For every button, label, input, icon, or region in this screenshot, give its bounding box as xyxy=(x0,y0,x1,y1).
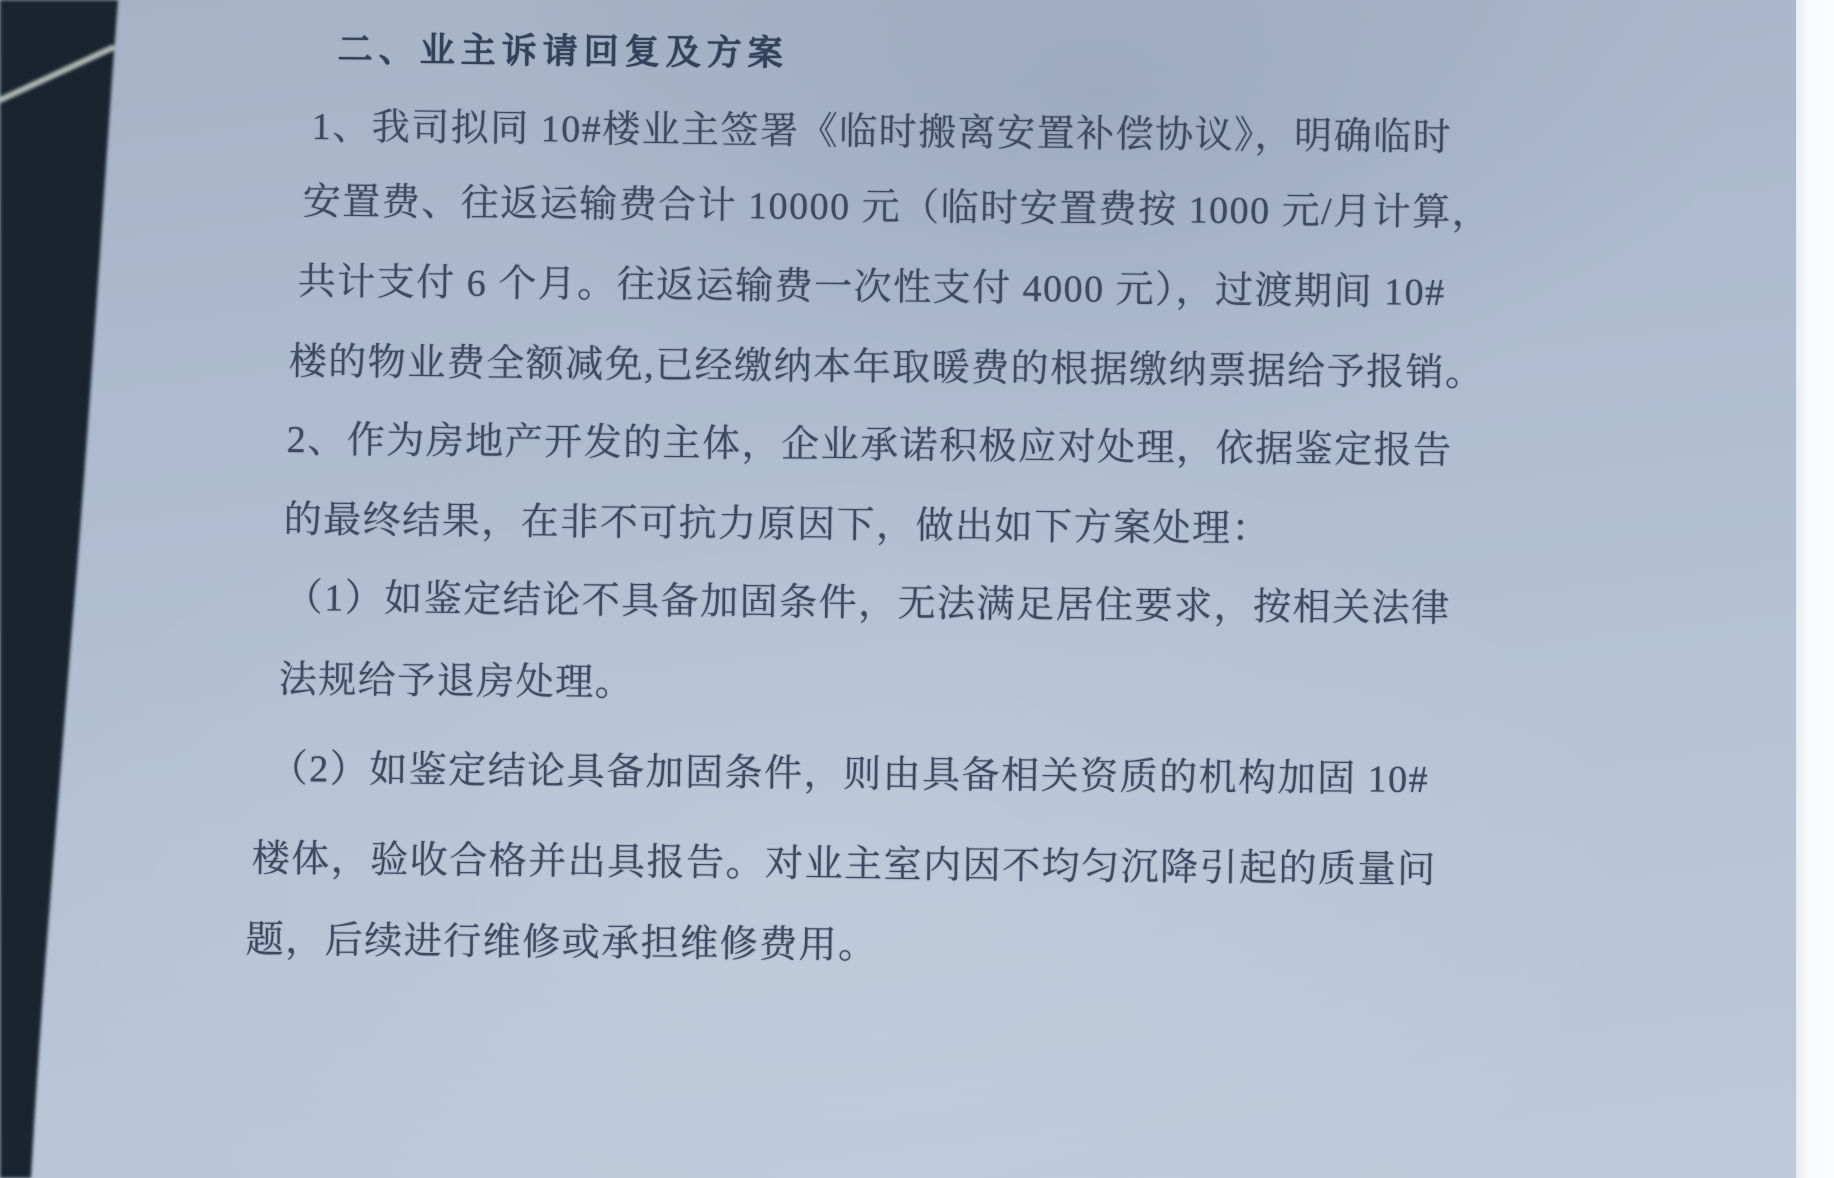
document-heading: 二、业主诉请回复及方案 xyxy=(338,22,789,76)
document-photo: 二、业主诉请回复及方案 1、我司拟同 10#楼业主签署《临时搬离安置补偿协议》，… xyxy=(0,0,1834,1178)
document-line: 的最终结果，在非不可抗力原因下，做出如下方案处理： xyxy=(283,488,1271,552)
document-line: 楼体，验收合格并出具报告。对业主室内因不均匀沉降引起的质量问 xyxy=(251,827,1436,893)
document-line: 1、我司拟同 10#楼业主签署《临时搬离安置补偿协议》，明确临时 xyxy=(311,95,1452,161)
photo-right-margin xyxy=(1796,0,1834,1178)
document-line: 题，后续进行维修或承担维修费用。 xyxy=(245,908,878,969)
document-line: 安置费、往返运输费合计 10000 元（临时安置费按 1000 元/月计算， xyxy=(302,170,1491,236)
document-line: 2、作为房地产开发的主体，企业承诺积极应对处理，依据鉴定报告 xyxy=(286,408,1452,474)
document-line: 法规给予退房处理。 xyxy=(278,648,634,706)
document-line: 共计支付 6 个月。往返运输费一次性支付 4000 元），过渡期间 10# xyxy=(297,250,1445,316)
document-line: （1）如鉴定结论不具备加固条件，无法满足居住要求，按相关法律 xyxy=(284,566,1450,632)
document-line: 楼的物业费全额减免,已经缴纳本年取暖费的根据缴纳票据给予报销。 xyxy=(288,330,1484,396)
document-line: （2）如鉴定结论具备加固条件，则由具备相关资质的机构加固 10# xyxy=(269,737,1429,803)
